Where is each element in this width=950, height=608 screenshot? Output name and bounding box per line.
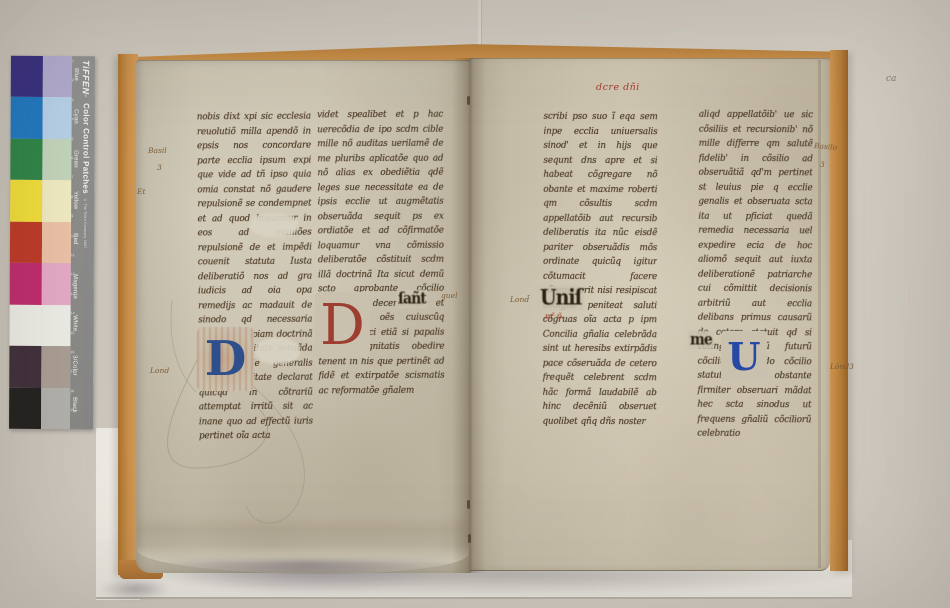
margin-note-mark: Et (137, 187, 146, 196)
saturated-patch-column (9, 56, 43, 429)
label-magenta: Magenta (72, 274, 78, 299)
label-white: White (72, 315, 78, 331)
running-title: dcre dñi (596, 82, 640, 93)
margin-note-lond: Lond (150, 366, 169, 375)
card-tick-number: 15 (71, 332, 75, 336)
patch-red-tint (42, 222, 71, 264)
patch-magenta (10, 263, 42, 305)
binding-stitch (467, 96, 470, 105)
patch-green (10, 139, 42, 181)
patch-green-tint (42, 139, 71, 181)
card-tick-number: 9 (71, 215, 73, 219)
decorated-initial-blue-u: U (721, 331, 767, 381)
parchment-crease (137, 515, 469, 547)
label-green: Green (72, 150, 78, 168)
patch-blue (11, 56, 43, 98)
text-column-right-1: scribi pso suo ĩ eqa sem inpe ecclia uni… (542, 110, 657, 454)
patch-cyan-tint (43, 97, 72, 139)
decorated-initial-red-d: D (315, 292, 370, 358)
erased-patch (250, 213, 298, 237)
patch-black-tint (41, 387, 70, 429)
card-title-text: Color Control Patches (81, 103, 90, 194)
text-column-left-1: nobis dixt xpi sic ecclesia reuolutiõ mi… (197, 110, 313, 467)
right-page-fold-line (818, 60, 821, 568)
label-red: Red (72, 233, 78, 245)
gutter-note: Lond̄ (510, 295, 529, 304)
patch-cyan (11, 97, 43, 139)
margin-note-lond: Lōnd3 (830, 362, 854, 371)
text-column-right-2: aliqd appellatõib' ue sic cõsiliis et re… (697, 108, 813, 465)
patch-3color (9, 346, 41, 388)
gutter-note: quel (441, 291, 457, 300)
margin-note-basil: Basil (148, 146, 167, 155)
tiffen-logo: TiFFEN (81, 60, 91, 94)
label-black: Black (71, 397, 77, 413)
patch-white-tint (41, 305, 70, 347)
patch-black (9, 387, 41, 429)
card-tick-number: 18 (70, 390, 74, 394)
label-blue: Blue (73, 68, 79, 81)
tint-patch-column (41, 56, 72, 429)
mat-board-edge (96, 597, 852, 599)
label-yellow: Yellow (72, 191, 78, 209)
gothic-heading: Uniſ (538, 286, 584, 311)
left-page-curl-shadow (146, 560, 464, 594)
rubric-fragment: nr̃ p̃ (545, 312, 562, 321)
card-tick-number: 5 (72, 138, 74, 142)
margin-note-basilo: Basilo (814, 141, 838, 152)
gothic-heading: ſañt (396, 290, 428, 308)
patch-magenta-tint (42, 263, 71, 305)
card-tick-number: 3 (72, 99, 74, 103)
photograph-of-manuscript-opening: nobis dixt xpi sic ecclesia reuolutiõ mi… (0, 0, 950, 608)
patch-red (10, 222, 42, 264)
label-cyan: Cyan (73, 109, 79, 124)
cover-edge-left (118, 54, 138, 575)
card-tick-number: 1 (72, 60, 74, 64)
corner-pencil-mark: ca (886, 74, 896, 84)
card-label-strip: 12345678910111213141516171819 TiFFEN® Co… (70, 56, 95, 429)
label-3color: 3/Color (71, 355, 77, 376)
card-tick-number: 11 (71, 254, 75, 258)
cover-edge-right (830, 50, 848, 571)
text-column-left-2: videt spealibet et p hac uerecõdia de ip… (317, 108, 445, 457)
patch-yellow (10, 180, 42, 222)
patch-3color-tint (41, 346, 70, 388)
center-gutter-fold (452, 58, 486, 573)
binding-stitch (467, 500, 470, 509)
tiffen-color-card: 12345678910111213141516171819 TiFFEN® Co… (9, 56, 95, 429)
gothic-heading: me (688, 331, 714, 349)
margin-note-numeral: 3 (157, 163, 162, 172)
card-copyright: © The Tiffen Company 2007 (83, 198, 87, 248)
patch-white (9, 304, 41, 346)
patch-blue-tint (43, 56, 72, 98)
margin-note-numeral: 3 (820, 160, 825, 169)
card-tick-number: 7 (71, 176, 73, 180)
patch-yellow-tint (42, 180, 71, 222)
mat-seam-line (478, 0, 482, 46)
card-tick-number: 16 (70, 351, 74, 355)
erased-patch (255, 338, 300, 364)
decorated-initial-blue-d: D (197, 327, 254, 391)
